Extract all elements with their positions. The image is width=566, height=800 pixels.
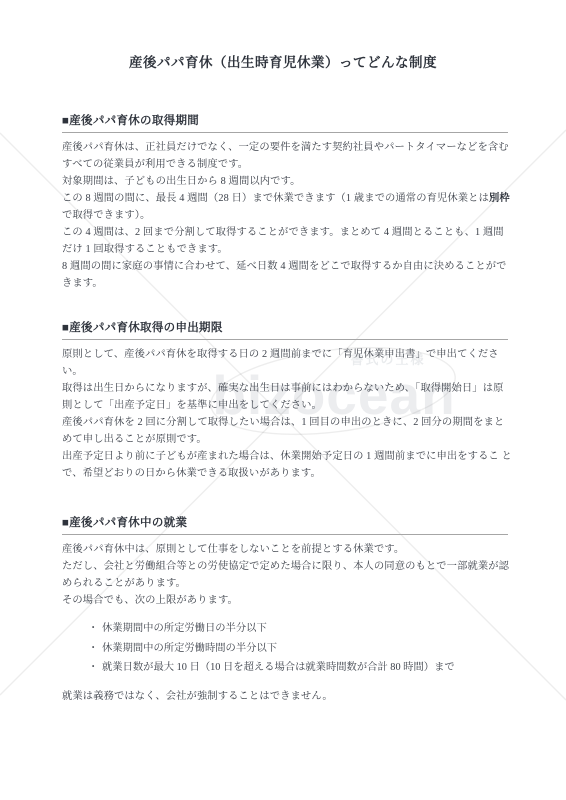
text-line: この 4 週間は、2 回まで分割して取得することができます。まとめて 4 週間と… bbox=[62, 224, 508, 241]
section-heading: ■産後パパ育休の取得期間 bbox=[62, 112, 508, 133]
text-line: 対象期間は、子どもの出生日から 8 週間以内です。 bbox=[62, 173, 508, 190]
bullet-icon: ・ bbox=[88, 619, 102, 639]
text-line: 取得は出生日からになりますが、確実な出生日は事前にはわからないため、「取得開始日… bbox=[62, 380, 508, 397]
list-item: ・ 休業期間中の所定労働日の半分以下 bbox=[62, 619, 508, 639]
list-item-text: 休業期間中の所定労働日の半分以下 bbox=[102, 619, 267, 639]
list-item-text: 就業日数が最大 10 日（10 日を超える場合は就業時間数が合計 80 時間）ま… bbox=[102, 658, 455, 678]
section-application-deadline: ■産後パパ育休取得の申出期限 原則として、産後パパ育休を取得する日の 2 週間前… bbox=[62, 319, 508, 482]
closing-text-line: 就業は義務ではなく、会社が強制することはできません。 bbox=[62, 688, 508, 705]
bold-term: 別枠 bbox=[489, 193, 510, 204]
text-line: い。 bbox=[62, 363, 508, 380]
spacer bbox=[62, 609, 508, 619]
text-line: 出産予定日より前に子どもが産まれた場合は、休業開始予定日の 1 週間前までに申出… bbox=[62, 448, 508, 465]
text-line: 原則として、産後パパ育休を取得する日の 2 週間前までに「育児休業申出書」で申出… bbox=[62, 346, 508, 363]
section-acquisition-period: ■産後パパ育休の取得期間 産後パパ育休は、正社員だけでなく、一定の要件を満たす契… bbox=[62, 112, 508, 292]
text-line: めて申し出ることが原則です。 bbox=[62, 431, 508, 448]
text-line: この 8 週間の間に、最長 4 週間（28 日）まで休業できます（1 歳までの通… bbox=[62, 190, 508, 207]
text-line: ただし、会社と労働組合等との労使協定で定めた場合に限り、本人の同意のもとで一部就… bbox=[62, 558, 508, 575]
bullet-icon: ・ bbox=[88, 639, 102, 659]
text-segment: この 8 週間の間に、最長 4 週間（28 日）まで休業できます（1 歳までの通… bbox=[62, 193, 489, 204]
list-item-text: 休業期間中の所定労働時間の半分以下 bbox=[102, 639, 277, 659]
text-line: 則として「出産予定日」を基準に申出をしてください。 bbox=[62, 397, 508, 414]
text-line: められることがあります。 bbox=[62, 575, 508, 592]
text-line: 産後パパ育休は、正社員だけでなく、一定の要件を満たす契約社員やパートタイマーなど… bbox=[62, 139, 508, 156]
limit-bullet-list: ・ 休業期間中の所定労働日の半分以下 ・ 休業期間中の所定労働時間の半分以下 ・… bbox=[62, 619, 508, 678]
text-line: で、希望どおりの日から休業できる取扱いがあります。 bbox=[62, 465, 508, 482]
text-line: 産後パパ育休中は、原則として仕事をしないことを前提とする休業です。 bbox=[62, 541, 508, 558]
text-line: すべての従業員が利用できる制度です。 bbox=[62, 156, 508, 173]
spacer bbox=[62, 678, 508, 688]
document-page: bizocean 書式の王様 産後パパ育休（出生時育児休業）ってどんな制度 ■産… bbox=[0, 0, 566, 800]
document-body: 産後パパ育休（出生時育児休業）ってどんな制度 ■産後パパ育休の取得期間 産後パパ… bbox=[0, 0, 566, 800]
text-line: きます。 bbox=[62, 275, 508, 292]
text-line: だけ 1 回取得することもできます。 bbox=[62, 241, 508, 258]
list-item: ・ 就業日数が最大 10 日（10 日を超える場合は就業時間数が合計 80 時間… bbox=[62, 658, 508, 678]
section-working-during-leave: ■産後パパ育休中の就業 産後パパ育休中は、原則として仕事をしないことを前提とする… bbox=[62, 514, 508, 705]
list-item: ・ 休業期間中の所定労働時間の半分以下 bbox=[62, 639, 508, 659]
text-line: 8 週間の間に家庭の事情に合わせて、延べ日数 4 週間をどこで取得するか自由に決… bbox=[62, 258, 508, 275]
text-line: 産後パパ育休を 2 回に分割して取得したい場合は、1 回目の申出のときに、2 回… bbox=[62, 414, 508, 431]
text-line: で取得できます）。 bbox=[62, 207, 508, 224]
text-line: その場合でも、次の上限があります。 bbox=[62, 592, 508, 609]
page-title: 産後パパ育休（出生時育児休業）ってどんな制度 bbox=[0, 51, 566, 71]
section-heading: ■産後パパ育休取得の申出期限 bbox=[62, 319, 508, 340]
bullet-icon: ・ bbox=[88, 658, 102, 678]
section-heading: ■産後パパ育休中の就業 bbox=[62, 514, 508, 535]
